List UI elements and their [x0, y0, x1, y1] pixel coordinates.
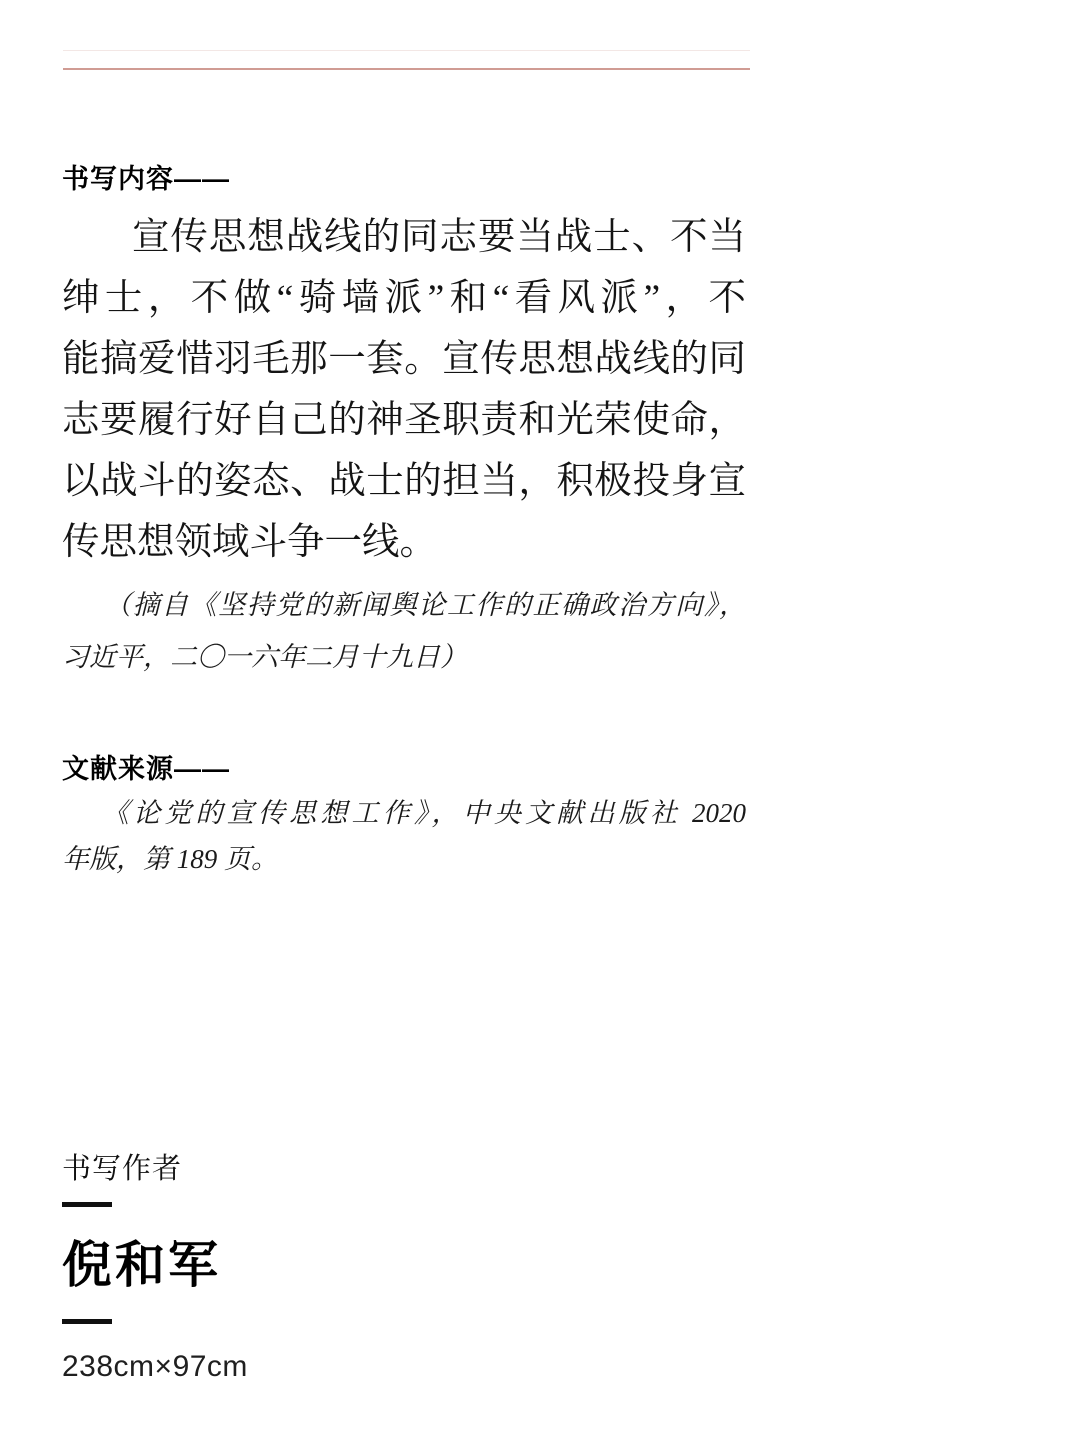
author-separator-line-bottom [62, 1319, 112, 1324]
author-separator-line-top [62, 1202, 112, 1207]
citation-line: 习近平，二〇一六年二月十九日） [62, 631, 746, 683]
article-page: 书写内容—— 宣传思想战线的同志要当战士、不当 绅士，不做“骑墙派”和“看风派”… [0, 0, 1080, 1439]
passage-line: 志要履行好自己的神圣职责和光荣使命， [62, 390, 746, 451]
artwork-dimensions: 238cm×97cm [62, 1349, 248, 1385]
passage-line: 传思想领域斗争一线。 [62, 512, 746, 573]
author-name: 倪和军 [62, 1236, 221, 1294]
source-heading: 文献来源—— [62, 753, 230, 785]
source-reference: 《论党的宣传思想工作》，中央文献出版社 2020 年版，第 189 页。 [62, 790, 746, 882]
passage-line: 以战斗的姿态、战士的担当，积极投身宣 [62, 451, 746, 512]
passage-line: 宣传思想战线的同志要当战士、不当 [62, 207, 746, 268]
source-line: 《论党的宣传思想工作》，中央文献出版社 2020 [62, 790, 746, 836]
top-divider-faint-line [63, 50, 750, 51]
writing-content-heading: 书写内容—— [62, 163, 230, 195]
calligraphy-passage: 宣传思想战线的同志要当战士、不当 绅士，不做“骑墙派”和“看风派”，不 能搞爱惜… [62, 207, 746, 573]
passage-line: 能搞爱惜羽毛那一套。宣传思想战线的同 [62, 329, 746, 390]
passage-citation: （摘自《坚持党的新闻舆论工作的正确政治方向》， 习近平，二〇一六年二月十九日） [62, 579, 746, 683]
top-divider-accent-line [63, 68, 750, 70]
source-line: 年版，第 189 页。 [62, 836, 746, 882]
passage-line: 绅士，不做“骑墙派”和“看风派”，不 [62, 268, 746, 329]
author-section-label: 书写作者 [62, 1152, 182, 1186]
citation-line: （摘自《坚持党的新闻舆论工作的正确政治方向》， [62, 579, 746, 631]
